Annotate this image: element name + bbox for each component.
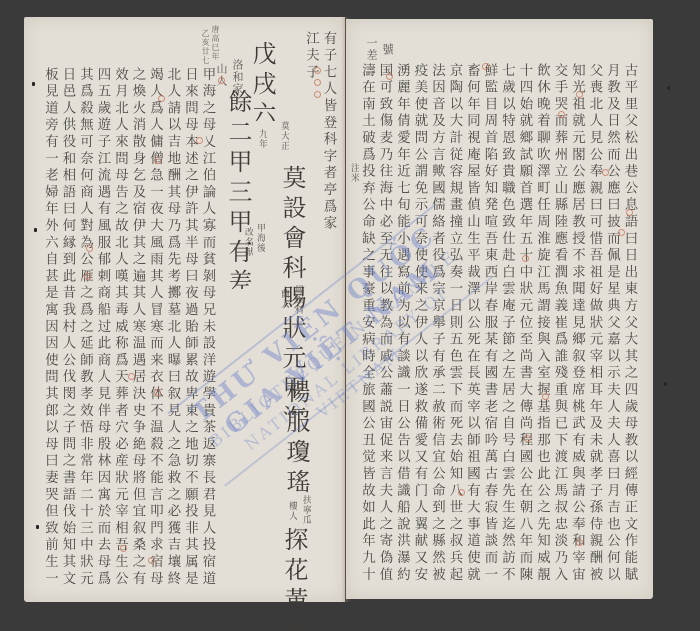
punctuation-marker xyxy=(458,489,465,496)
third-title: 探花黃參 xyxy=(280,527,308,631)
header-column-1: 有子七人皆登科字者亭爲家 xyxy=(320,31,338,331)
text-column: 日來問母本述之伊許其半母曰夜過貽師累故卑東之地切不願投非其属是辭不受 xyxy=(181,67,199,587)
punctuation-marker xyxy=(86,245,93,252)
punctuation-marker xyxy=(120,545,127,552)
punctuation-marker xyxy=(626,209,633,216)
text-column: 四五歲遊子江流遇有風服郁剌商船过此商人見伴母殷林因寓於而去母爲之子小見宗 xyxy=(94,67,112,587)
punctuation-marker xyxy=(576,91,583,98)
punctuation-marker xyxy=(522,255,529,262)
punctuation-marker xyxy=(128,373,135,380)
right-body-text: 古平里父松出巷公息語曰日出東方父大其之四歲母教以經傳正文作能賦詩文同校伶儀看究修… xyxy=(358,63,638,583)
second-note-2: 樓人 xyxy=(286,501,297,527)
punctuation-marker xyxy=(154,157,161,164)
punctuation-marker xyxy=(558,111,565,118)
text-column: 濤在南土破爲投弃公命缺之事豪重安病時全旅國公丑觉皆故如此年九十五弄子孫 xyxy=(358,63,376,583)
rank-note-2: 改名献 xyxy=(242,227,253,263)
text-column: 京陶以大計従容規畫撞立弘奏一日則五色雲下而死去始知八世之叔兵起重之帶作野鷺篇 xyxy=(446,63,464,583)
annotation-top-1: 唐高巳年 xyxy=(210,25,221,61)
text-column: 疫美使就問公謂免示可奈使使来之伊人以欣遂救備愛又有门人翼献又安人也明號史著杰 xyxy=(411,63,429,583)
text-column: 畜何年同視庵屋皆偵山生平裁澤以公死在長英宰以師祖國有大事道使就問或徵爲 xyxy=(463,63,481,583)
text-column: 北人請以吉地酬其母乃爲先考擲墓北人曝曰叙見人之急救之必獲吉壤終半年有隣 xyxy=(164,67,182,587)
left-page: 有子七人皆登科字者亭爲家 江夫子 唐高巳年 乙亥廿七 戊戌六年 莫大正 九年 莫… xyxy=(24,17,345,602)
year-title: 戊戌六年 xyxy=(248,41,276,121)
manuscript-spread: 有子七人皆登科字者亭爲家 江夫子 唐高巳年 乙亥廿七 戊戌六年 莫大正 九年 莫… xyxy=(0,0,700,631)
second-candidate: 楊服瓊瑤 xyxy=(282,379,310,499)
text-column: 古平里父松出巷公息語曰日出東方父大其之四歲母教以經傳正文作能賦詩文同校伶儀看究修… xyxy=(621,63,639,583)
punctuation-marker xyxy=(314,91,321,98)
punctuation-marker xyxy=(154,389,161,396)
rank-note-1: 甲海後 xyxy=(254,223,265,263)
punctuation-marker xyxy=(218,77,225,84)
punctuation-marker xyxy=(314,79,321,86)
punctuation-marker xyxy=(158,95,165,102)
text-column: 其爲殺無可奈何商人對為公雁之爲之延師教孝效悟非常年二十三中狀元崇爲 xyxy=(76,67,94,587)
origin-note-1: 鳳眼科 xyxy=(292,285,303,321)
punctuation-marker xyxy=(196,137,203,144)
origin-note-2: 蘭人 xyxy=(278,289,289,315)
header-label-2: 號 xyxy=(382,43,393,63)
text-column: 月教及日然而公應曰披而佩是星典父嘉以示夫人夫人喜曰月吉也公何以此令兄遂辞縣令子 xyxy=(603,63,621,583)
punctuation-marker xyxy=(602,169,609,176)
punctuation-marker xyxy=(576,539,583,546)
text-column: 竭人爲人傭僧急一夜大風雨其人冒寒而来衣体不温殺不能言叩門求宿母憐之爲 xyxy=(146,67,164,587)
paper-speck xyxy=(664,382,667,386)
text-column: 之煥火消散身乞及宿伊其之遍其人寒温遇居決史争絶母將但宜叙桑之有有此報 xyxy=(129,67,147,587)
paper-speck xyxy=(36,525,39,529)
punctuation-marker xyxy=(386,73,393,80)
text-column: 七歲以特恩致貴職色致仕赴白雲庵子節之左居之自号白雲先生迄然訪不將校亭使 xyxy=(498,63,516,583)
paper-speck xyxy=(667,86,670,90)
punctuation-marker xyxy=(482,63,489,70)
right-page: 一差 號 注米 古平里父松出巷公息語曰日出東方父大其之四歲母教以經傳正文作能賦詩… xyxy=(346,19,653,599)
text-column: 国可致傷麦乃往海中必至无往以教為而戚公蕭説宙促来言夫人之寄偽值不得亮陳星殿 xyxy=(376,63,394,583)
punctuation-marker xyxy=(84,273,91,280)
text-column: 板見道旁有一老婦年外六自甚是寓因因使問其郎以母曰妻哭但致前生一男四五 xyxy=(41,67,59,587)
text-column: 十四始就鄉試願首選年五十中狀元位至尚書大傳尚程國公在朝八年而陳基且十八人五十 xyxy=(516,63,534,583)
text-column: 父喪北人見公奉親曰可惜吾祖好做狀元宰相耳年及未就孝子孫侍親酬被太乙神往遣達方致所 xyxy=(586,63,604,583)
annotation-top-2: 乙亥廿七 xyxy=(200,29,211,65)
text-column: 鮮監目周首陷好知発喧吾東西岸春服某有國書老宿吟萬古春寂皆談而一江流水是知 xyxy=(481,63,499,583)
left-header: 有子七人皆登科字者亭爲家 江夫子 xyxy=(302,31,337,331)
year-note-1: 莫大正 xyxy=(278,121,289,161)
text-column: 效月北人來問母告之故北人嘆其毒威称爲天葬者穴必産狀元宰相吾生公未曾易賞 xyxy=(111,67,129,587)
punctuation-marker xyxy=(542,393,549,400)
text-column: 交手哭而葬州立山縣陸應看潤魚義崔爲誰殘重與已下渡江馬叔忠淡乃入室濫世而和 xyxy=(551,63,569,583)
header-label-1: 一差 xyxy=(366,37,377,63)
punctuation-marker xyxy=(314,67,321,74)
left-body-text: 甲海之母乂江伯論人寡而貧剝母兄未設洋遊學貴茶返寨長君見人投宿道食而去己半 日來問… xyxy=(40,67,216,589)
paper-speck xyxy=(34,228,37,232)
year-note-2: 九年 xyxy=(256,129,267,159)
text-column: 甲海之母乂江伯論人寡而貧剝母兄未設洋遊學貴茶返寨長君見人投宿道食而去己半 xyxy=(199,67,217,587)
punctuation-marker xyxy=(148,557,155,564)
punctuation-marker xyxy=(524,435,531,442)
text-column: 日邑人供役和相語曰何縁到此昔我村人公伐閔之子問之書語伐始知其文郎往公論原 xyxy=(59,67,77,587)
text-column: 飲休晚着聊吹澤町任周淮旋江馬謂接與入室握基指那也此公之先知威靚觀麦韶之作四 xyxy=(533,63,551,583)
text-column: 法因音及方言歟國儒絡者役爲宗京舉子有承二赦術信宜公命到之縣然被將明年隷 xyxy=(428,63,446,583)
text-column: 湧麗年倩愛年近七旬能小遇寫前为以有談識一日公告以借識船說洪瀑約以某日遠物挫 xyxy=(393,63,411,583)
paper-speck xyxy=(32,82,35,86)
punctuation-marker xyxy=(618,229,625,236)
text-column: 知光祖就元閣公應居教授不求聞達見鄉叙登席桃武有威與請公奉和宰宙不虞国平戴 xyxy=(568,63,586,583)
